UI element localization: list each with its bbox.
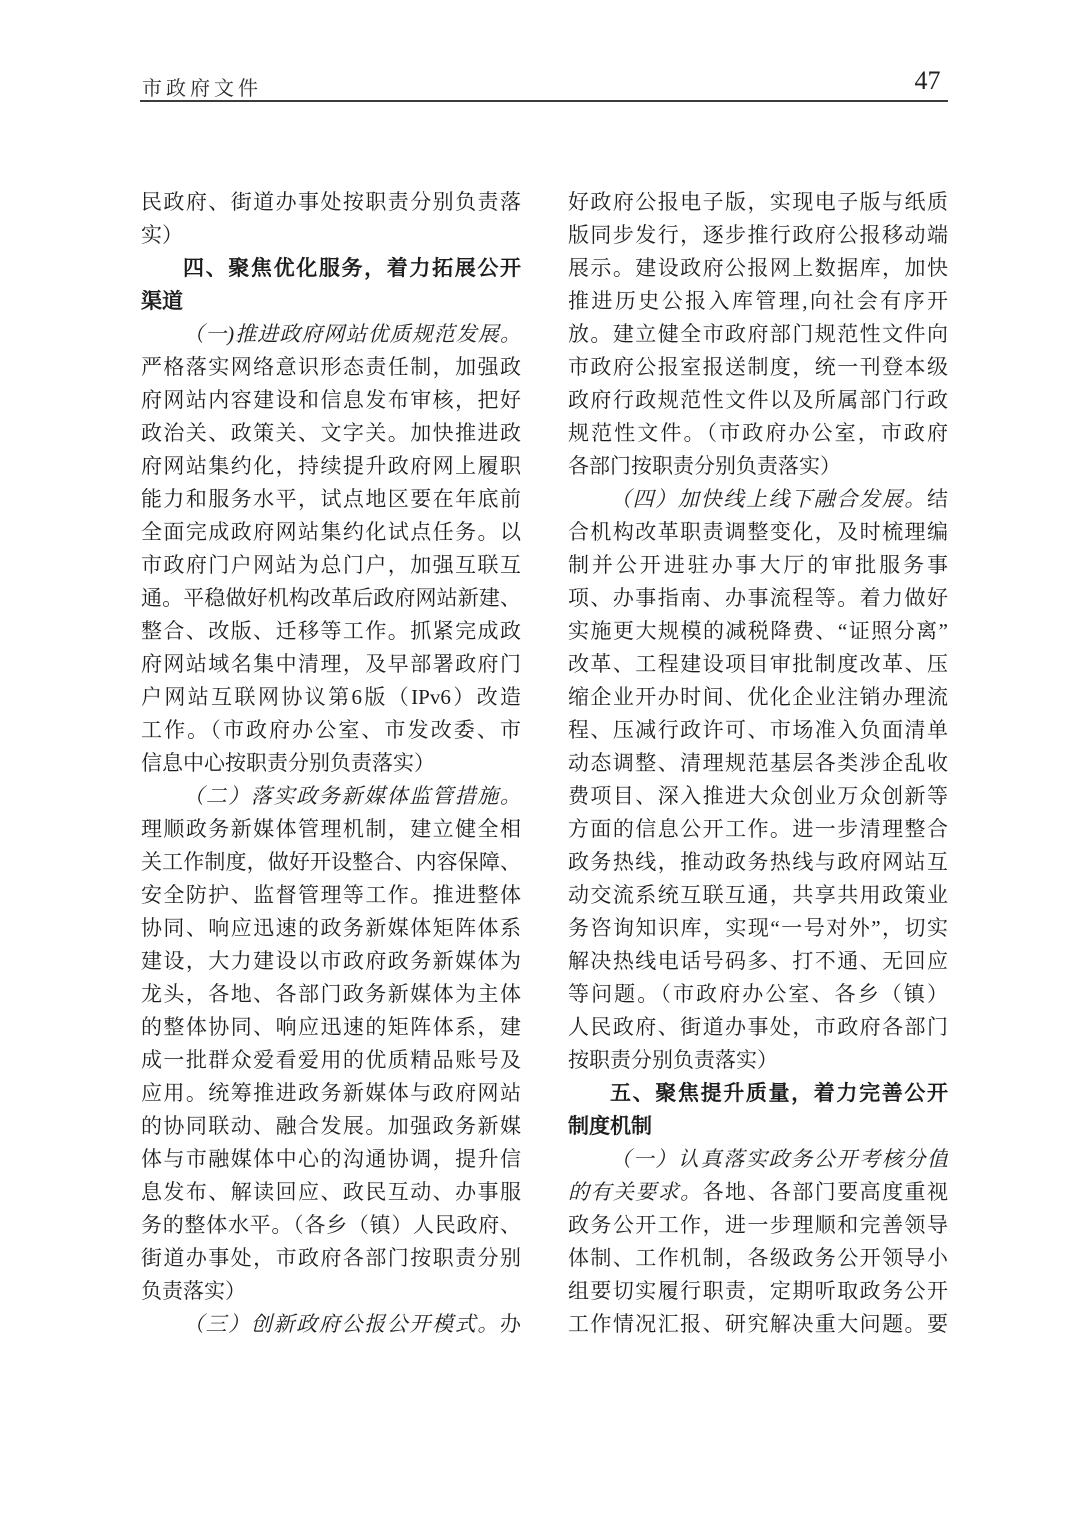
kaiti-text: 的有关要求。 — [568, 1180, 703, 1204]
body-text: 体制、工作机制，各级政务公开领导小 — [568, 1246, 948, 1270]
text-line: 实） — [141, 219, 521, 252]
body-text: 合机构改革职责调整变化，及时梳理编 — [568, 520, 948, 544]
body-text: 工作。（市政府办公室、市发改委、市 — [141, 718, 521, 742]
body-text: 项、办事指南、办事流程等。着力做好 — [568, 586, 948, 610]
text-line: 渠道 — [141, 285, 521, 318]
text-line: 市政府门户网站为总门户，加强互联互 — [141, 549, 521, 582]
text-line: 合机构改革职责调整变化，及时梳理编 — [568, 516, 948, 549]
text-line: 关工作制度，做好开设整合、内容保障、 — [141, 846, 521, 879]
text-line: 解决热线电话号码多、打不通、无回应 — [568, 945, 948, 978]
body-text: 政务热线，推动政务热线与政府网站互 — [568, 850, 948, 874]
body-text: 解决热线电话号码多、打不通、无回应 — [568, 949, 948, 973]
body-text: 推进历史公报入库管理,向社会有序开 — [568, 289, 948, 313]
text-line: 体制、工作机制，各级政务公开领导小 — [568, 1242, 948, 1275]
text-line: 规范性文件。（市政府办公室，市政府 — [568, 417, 948, 450]
body-text: 府网站集约化，持续提升政府网上履职 — [141, 454, 521, 478]
heading-text: 五、聚焦提升质量，着力完善公开 — [610, 1082, 948, 1105]
body-text: 缩企业开办时间、优化企业注销办理流 — [568, 685, 948, 709]
body-text: 组要切实履行职责，定期听取政务公开 — [568, 1279, 948, 1303]
body-text: 应用。统筹推进政务新媒体与政府网站 — [141, 1081, 521, 1105]
text-line: 务的整体水平。（各乡（镇）人民政府、 — [141, 1209, 521, 1242]
body-text: 改革、工程建设项目审批制度改革、压 — [568, 652, 948, 676]
body-text: 务的整体水平。（各乡（镇）人民政府、 — [141, 1213, 521, 1237]
body-text: 政治关、政策关、文字关。加快推进政 — [141, 421, 521, 445]
body-text: 关工作制度，做好开设整合、内容保障、 — [141, 850, 521, 874]
body-text: 费项目、深入推进大众创业万众创新等 — [568, 784, 948, 808]
body-text: 严格落实网络意识形态责任制，加强政 — [141, 355, 521, 379]
body-text: 安全防护、监督管理等工作。推进整体 — [141, 883, 521, 907]
body-text: 府网站内容建设和信息发布审核，把好 — [141, 388, 521, 412]
text-line: 整合、改版、迁移等工作。抓紧完成政 — [141, 615, 521, 648]
body-text: 民政府、街道办事处按职责分别负责落 — [141, 190, 521, 214]
body-text: 办 — [500, 1312, 521, 1336]
body-text: 规范性文件。（市政府办公室，市政府 — [568, 421, 948, 445]
text-line: 费项目、深入推进大众创业万众创新等 — [568, 780, 948, 813]
body-text: 版同步发行，逐步推行政府公报移动端 — [568, 223, 948, 247]
header-section-title: 市政府文件 — [142, 72, 262, 101]
kaiti-text: （三）创新政府公报公开模式。 — [183, 1312, 500, 1336]
text-line: 能力和服务水平，试点地区要在年底前 — [141, 483, 521, 516]
text-line: 市政府公报室报送制度，统一刊登本级 — [568, 351, 948, 384]
text-line: 工作。（市政府办公室、市发改委、市 — [141, 714, 521, 747]
kaiti-text: （二）落实政务新媒体监管措施。 — [183, 784, 521, 808]
text-line: 推进历史公报入库管理,向社会有序开 — [568, 285, 948, 318]
text-line: 工作情况汇报、研究解决重大问题。要 — [568, 1308, 948, 1341]
body-text: 各部门按职责分别负责落实） — [568, 454, 841, 478]
body-text: 户网站互联网协议第6版（IPv6）改造 — [141, 685, 521, 709]
text-line: 户网站互联网协议第6版（IPv6）改造 — [141, 681, 521, 714]
text-line: 人民政府、街道办事处，市政府各部门 — [568, 1011, 948, 1044]
body-text: 体与市融媒体中心的沟通协调，提升信 — [141, 1147, 521, 1171]
body-text: 展示。建设政府公报网上数据库，加快 — [568, 256, 948, 280]
text-line: 龙头，各地、各部门政务新媒体为主体 — [141, 978, 521, 1011]
document-page: 市政府文件 47 民政府、街道办事处按职责分别负责落实）四、聚焦优化服务，着力拓… — [0, 0, 1074, 1520]
body-text: 好政府公报电子版，实现电子版与纸质 — [568, 190, 948, 214]
text-line: （三）创新政府公报公开模式。办 — [141, 1308, 521, 1341]
text-line: 成一批群众爱看爱用的优质精品账号及 — [141, 1044, 521, 1077]
body-text: 全面完成政府网站集约化试点任务。以 — [141, 520, 521, 544]
body-text: 实） — [141, 223, 183, 247]
text-line: 展示。建设政府公报网上数据库，加快 — [568, 252, 948, 285]
body-text: 放。建立健全市政府部门规范性文件向 — [568, 322, 948, 346]
text-line: （一）认真落实政务公开考核分值 — [568, 1143, 948, 1176]
body-text: 负责落实） — [141, 1279, 246, 1303]
text-line: 的有关要求。各地、各部门要高度重视 — [568, 1176, 948, 1209]
text-line: 实施更大规模的减税降费、“证照分离” — [568, 615, 948, 648]
text-line: 政务热线，推动政务热线与政府网站互 — [568, 846, 948, 879]
body-text: 息发布、解读回应、政民互动、办事服 — [141, 1180, 521, 1204]
body-text: 工作情况汇报、研究解决重大问题。要 — [568, 1312, 948, 1336]
body-text: 龙头，各地、各部门政务新媒体为主体 — [141, 982, 521, 1006]
body-text: 务咨询知识库，实现“一号对外”，切实 — [568, 916, 948, 940]
body-text: 结 — [927, 487, 948, 511]
text-line: （二）落实政务新媒体监管措施。 — [141, 780, 521, 813]
body-text: 通。平稳做好机构改革后政府网站新建、 — [141, 586, 521, 610]
body-text: 程、压减行政许可、市场准入负面清单 — [568, 718, 948, 742]
heading-text: 制度机制 — [568, 1115, 652, 1138]
text-line: 制并公开进驻办事大厅的审批服务事 — [568, 549, 948, 582]
text-line: 街道办事处，市政府各部门按职责分别 — [141, 1242, 521, 1275]
body-text: 实施更大规模的减税降费、“证照分离” — [568, 619, 948, 643]
left-column: 民政府、街道办事处按职责分别负责落实）四、聚焦优化服务，着力拓展公开渠道（一)推… — [141, 186, 521, 1341]
text-line: 府网站域名集中清理，及早部署政府门 — [141, 648, 521, 681]
text-line: 五、聚焦提升质量，着力完善公开 — [568, 1077, 948, 1110]
text-line: 组要切实履行职责，定期听取政务公开 — [568, 1275, 948, 1308]
body-text: 政府行政规范性文件以及所属部门行政 — [568, 388, 948, 412]
text-line: 改革、工程建设项目审批制度改革、压 — [568, 648, 948, 681]
body-text: 方面的信息公开工作。进一步清理整合 — [568, 817, 948, 841]
body-text: 按职责分别负责落实） — [568, 1048, 778, 1072]
text-line: 项、办事指南、办事流程等。着力做好 — [568, 582, 948, 615]
body-text: 动交流系统互联互通，共享共用政策业 — [568, 883, 948, 907]
text-line: 政务公开工作，进一步理顺和完善领导 — [568, 1209, 948, 1242]
text-line: 协同、响应迅速的政务新媒体矩阵体系 — [141, 912, 521, 945]
body-text: 人民政府、街道办事处，市政府各部门 — [568, 1015, 948, 1039]
text-line: 各部门按职责分别负责落实） — [568, 450, 948, 483]
text-line: 版同步发行，逐步推行政府公报移动端 — [568, 219, 948, 252]
text-line: 应用。统筹推进政务新媒体与政府网站 — [141, 1077, 521, 1110]
text-line: 的整体协同、响应迅速的矩阵体系，建 — [141, 1011, 521, 1044]
body-text: 市政府门户网站为总门户，加强互联互 — [141, 553, 521, 577]
body-text: 成一批群众爱看爱用的优质精品账号及 — [141, 1048, 521, 1072]
body-text: 信息中心按职责分别负责落实） — [141, 751, 435, 775]
body-text: 制并公开进驻办事大厅的审批服务事 — [568, 553, 948, 577]
body-text: 各地、各部门要高度重视 — [703, 1180, 948, 1204]
body-text: 街道办事处，市政府各部门按职责分别 — [141, 1246, 521, 1270]
right-column: 好政府公报电子版，实现电子版与纸质版同步发行，逐步推行政府公报移动端展示。建设政… — [568, 186, 948, 1341]
text-line: 动交流系统互联互通，共享共用政策业 — [568, 879, 948, 912]
text-line: 政治关、政策关、文字关。加快推进政 — [141, 417, 521, 450]
kaiti-text: （一)推进政府网站优质规范发展。 — [183, 322, 521, 346]
text-line: 理顺政务新媒体管理机制，建立健全相 — [141, 813, 521, 846]
text-line: 信息中心按职责分别负责落实） — [141, 747, 521, 780]
page-number: 47 — [905, 66, 950, 96]
heading-text: 渠道 — [141, 290, 183, 313]
text-line: 严格落实网络意识形态责任制，加强政 — [141, 351, 521, 384]
text-line: （四）加快线上线下融合发展。结 — [568, 483, 948, 516]
text-line: 安全防护、监督管理等工作。推进整体 — [141, 879, 521, 912]
body-text: 等问题。（市政府办公室、各乡（镇） — [568, 982, 948, 1006]
text-line: 息发布、解读回应、政民互动、办事服 — [141, 1176, 521, 1209]
text-line: 负责落实） — [141, 1275, 521, 1308]
text-line: 全面完成政府网站集约化试点任务。以 — [141, 516, 521, 549]
text-line: 等问题。（市政府办公室、各乡（镇） — [568, 978, 948, 1011]
text-line: 民政府、街道办事处按职责分别负责落 — [141, 186, 521, 219]
text-line: 建设，大力建设以市政府政务新媒体为 — [141, 945, 521, 978]
header-rule — [140, 100, 948, 102]
kaiti-text: （一）认真落实政务公开考核分值 — [610, 1147, 948, 1171]
body-text: 政务公开工作，进一步理顺和完善领导 — [568, 1213, 948, 1237]
body-text: 动态调整、清理规范基层各类涉企乱收 — [568, 751, 948, 775]
text-line: 制度机制 — [568, 1110, 948, 1143]
text-line: 放。建立健全市政府部门规范性文件向 — [568, 318, 948, 351]
text-line: 的协同联动、融合发展。加强政务新媒 — [141, 1110, 521, 1143]
text-line: 好政府公报电子版，实现电子版与纸质 — [568, 186, 948, 219]
text-line: 程、压减行政许可、市场准入负面清单 — [568, 714, 948, 747]
body-text: 能力和服务水平，试点地区要在年底前 — [141, 487, 521, 511]
text-line: 通。平稳做好机构改革后政府网站新建、 — [141, 582, 521, 615]
text-line: 方面的信息公开工作。进一步清理整合 — [568, 813, 948, 846]
text-line: （一)推进政府网站优质规范发展。 — [141, 318, 521, 351]
text-line: 务咨询知识库，实现“一号对外”，切实 — [568, 912, 948, 945]
body-text: 市政府公报室报送制度，统一刊登本级 — [568, 355, 948, 379]
heading-text: 四、聚焦优化服务，着力拓展公开 — [183, 257, 521, 280]
text-line: 动态调整、清理规范基层各类涉企乱收 — [568, 747, 948, 780]
body-text: 的协同联动、融合发展。加强政务新媒 — [141, 1114, 521, 1138]
body-text: 建设，大力建设以市政府政务新媒体为 — [141, 949, 521, 973]
text-line: 按职责分别负责落实） — [568, 1044, 948, 1077]
body-text: 府网站域名集中清理，及早部署政府门 — [141, 652, 521, 676]
text-line: 体与市融媒体中心的沟通协调，提升信 — [141, 1143, 521, 1176]
text-line: 缩企业开办时间、优化企业注销办理流 — [568, 681, 948, 714]
body-text: 协同、响应迅速的政务新媒体矩阵体系 — [141, 916, 521, 940]
text-line: 府网站内容建设和信息发布审核，把好 — [141, 384, 521, 417]
body-text: 的整体协同、响应迅速的矩阵体系，建 — [141, 1015, 521, 1039]
body-text: 理顺政务新媒体管理机制，建立健全相 — [141, 817, 521, 841]
text-line: 政府行政规范性文件以及所属部门行政 — [568, 384, 948, 417]
text-line: 府网站集约化，持续提升政府网上履职 — [141, 450, 521, 483]
text-line: 四、聚焦优化服务，着力拓展公开 — [141, 252, 521, 285]
body-text: 整合、改版、迁移等工作。抓紧完成政 — [141, 619, 521, 643]
kaiti-text: （四）加快线上线下融合发展。 — [610, 487, 927, 511]
